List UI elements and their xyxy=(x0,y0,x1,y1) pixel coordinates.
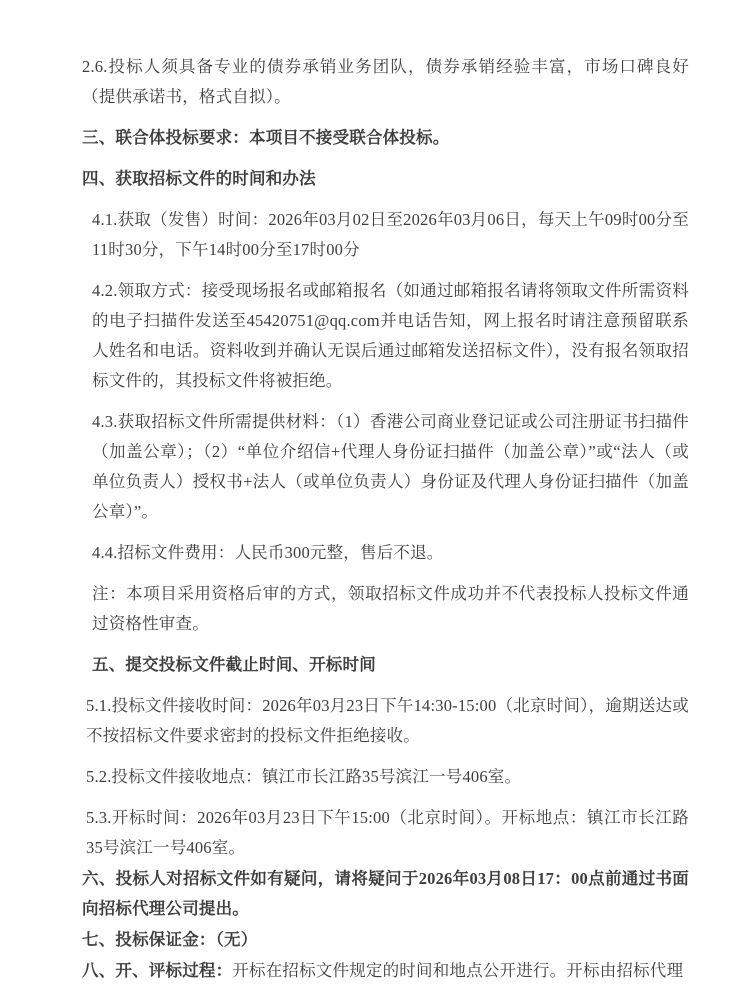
heading-questions-deadline: 六、投标人对招标文件如有疑问，请将疑问于2026年03月08日17：00点前通过… xyxy=(82,864,689,924)
heading-bid-bond: 七、投标保证金：（无） xyxy=(82,925,689,955)
paragraph-opening-evaluation-body: 开标在招标文件规定的时间和地点公开进行。开标由招标代理 xyxy=(232,961,683,980)
paragraph-bidder-qualification-2-6: 2.6.投标人须具备专业的债券承销业务团队，债券承销经验丰富，市场口碑良好（提供… xyxy=(82,52,689,112)
heading-joint-venture-bidding: 三、联合体投标要求：本项目不接受联合体投标。 xyxy=(82,123,689,153)
paragraph-receiving-time-5-1: 5.1.投标文件接收时间：2026年03月23日下午14:30-15:00（北京… xyxy=(86,691,689,751)
paragraph-obtain-time-4-1: 4.1.获取（发售）时间：2026年03月02日至2026年03月06日，每天上… xyxy=(92,205,689,265)
document-page: 2.6.投标人须具备专业的债券承销业务团队，债券承销经验丰富，市场口碑良好（提供… xyxy=(0,0,751,995)
paragraph-opening-evaluation-lead: 八、开、评标过程： xyxy=(82,961,232,980)
paragraph-required-materials-4-3: 4.3.获取招标文件所需提供材料：（1）香港公司商业登记证或公司注册证书扫描件（… xyxy=(92,407,689,527)
paragraph-receiving-place-5-2: 5.2.投标文件接收地点：镇江市长江路35号滨江一号406室。 xyxy=(86,762,689,792)
paragraph-document-fee-4-4: 4.4.招标文件费用：人民币300元整，售后不退。 xyxy=(92,538,689,568)
paragraph-collection-method-4-2: 4.2.领取方式：接受现场报名或邮箱报名（如通过邮箱报名请将领取文件所需资料的电… xyxy=(92,276,689,396)
heading-submission-deadline-opening-time: 五、提交投标文件截止时间、开标时间 xyxy=(92,650,689,680)
heading-obtain-tender-documents: 四、获取招标文件的时间和办法 xyxy=(82,164,689,194)
paragraph-opening-time-place-5-3: 5.3.开标时间：2026年03月23日下午15:00（北京时间）。开标地点：镇… xyxy=(86,803,689,863)
paragraph-post-qualification-note: 注：本项目采用资格后审的方式，领取招标文件成功并不代表投标人投标文件通过资格性审… xyxy=(92,579,689,639)
paragraph-opening-evaluation-process: 八、开、评标过程：开标在招标文件规定的时间和地点公开进行。开标由招标代理 xyxy=(82,956,689,986)
